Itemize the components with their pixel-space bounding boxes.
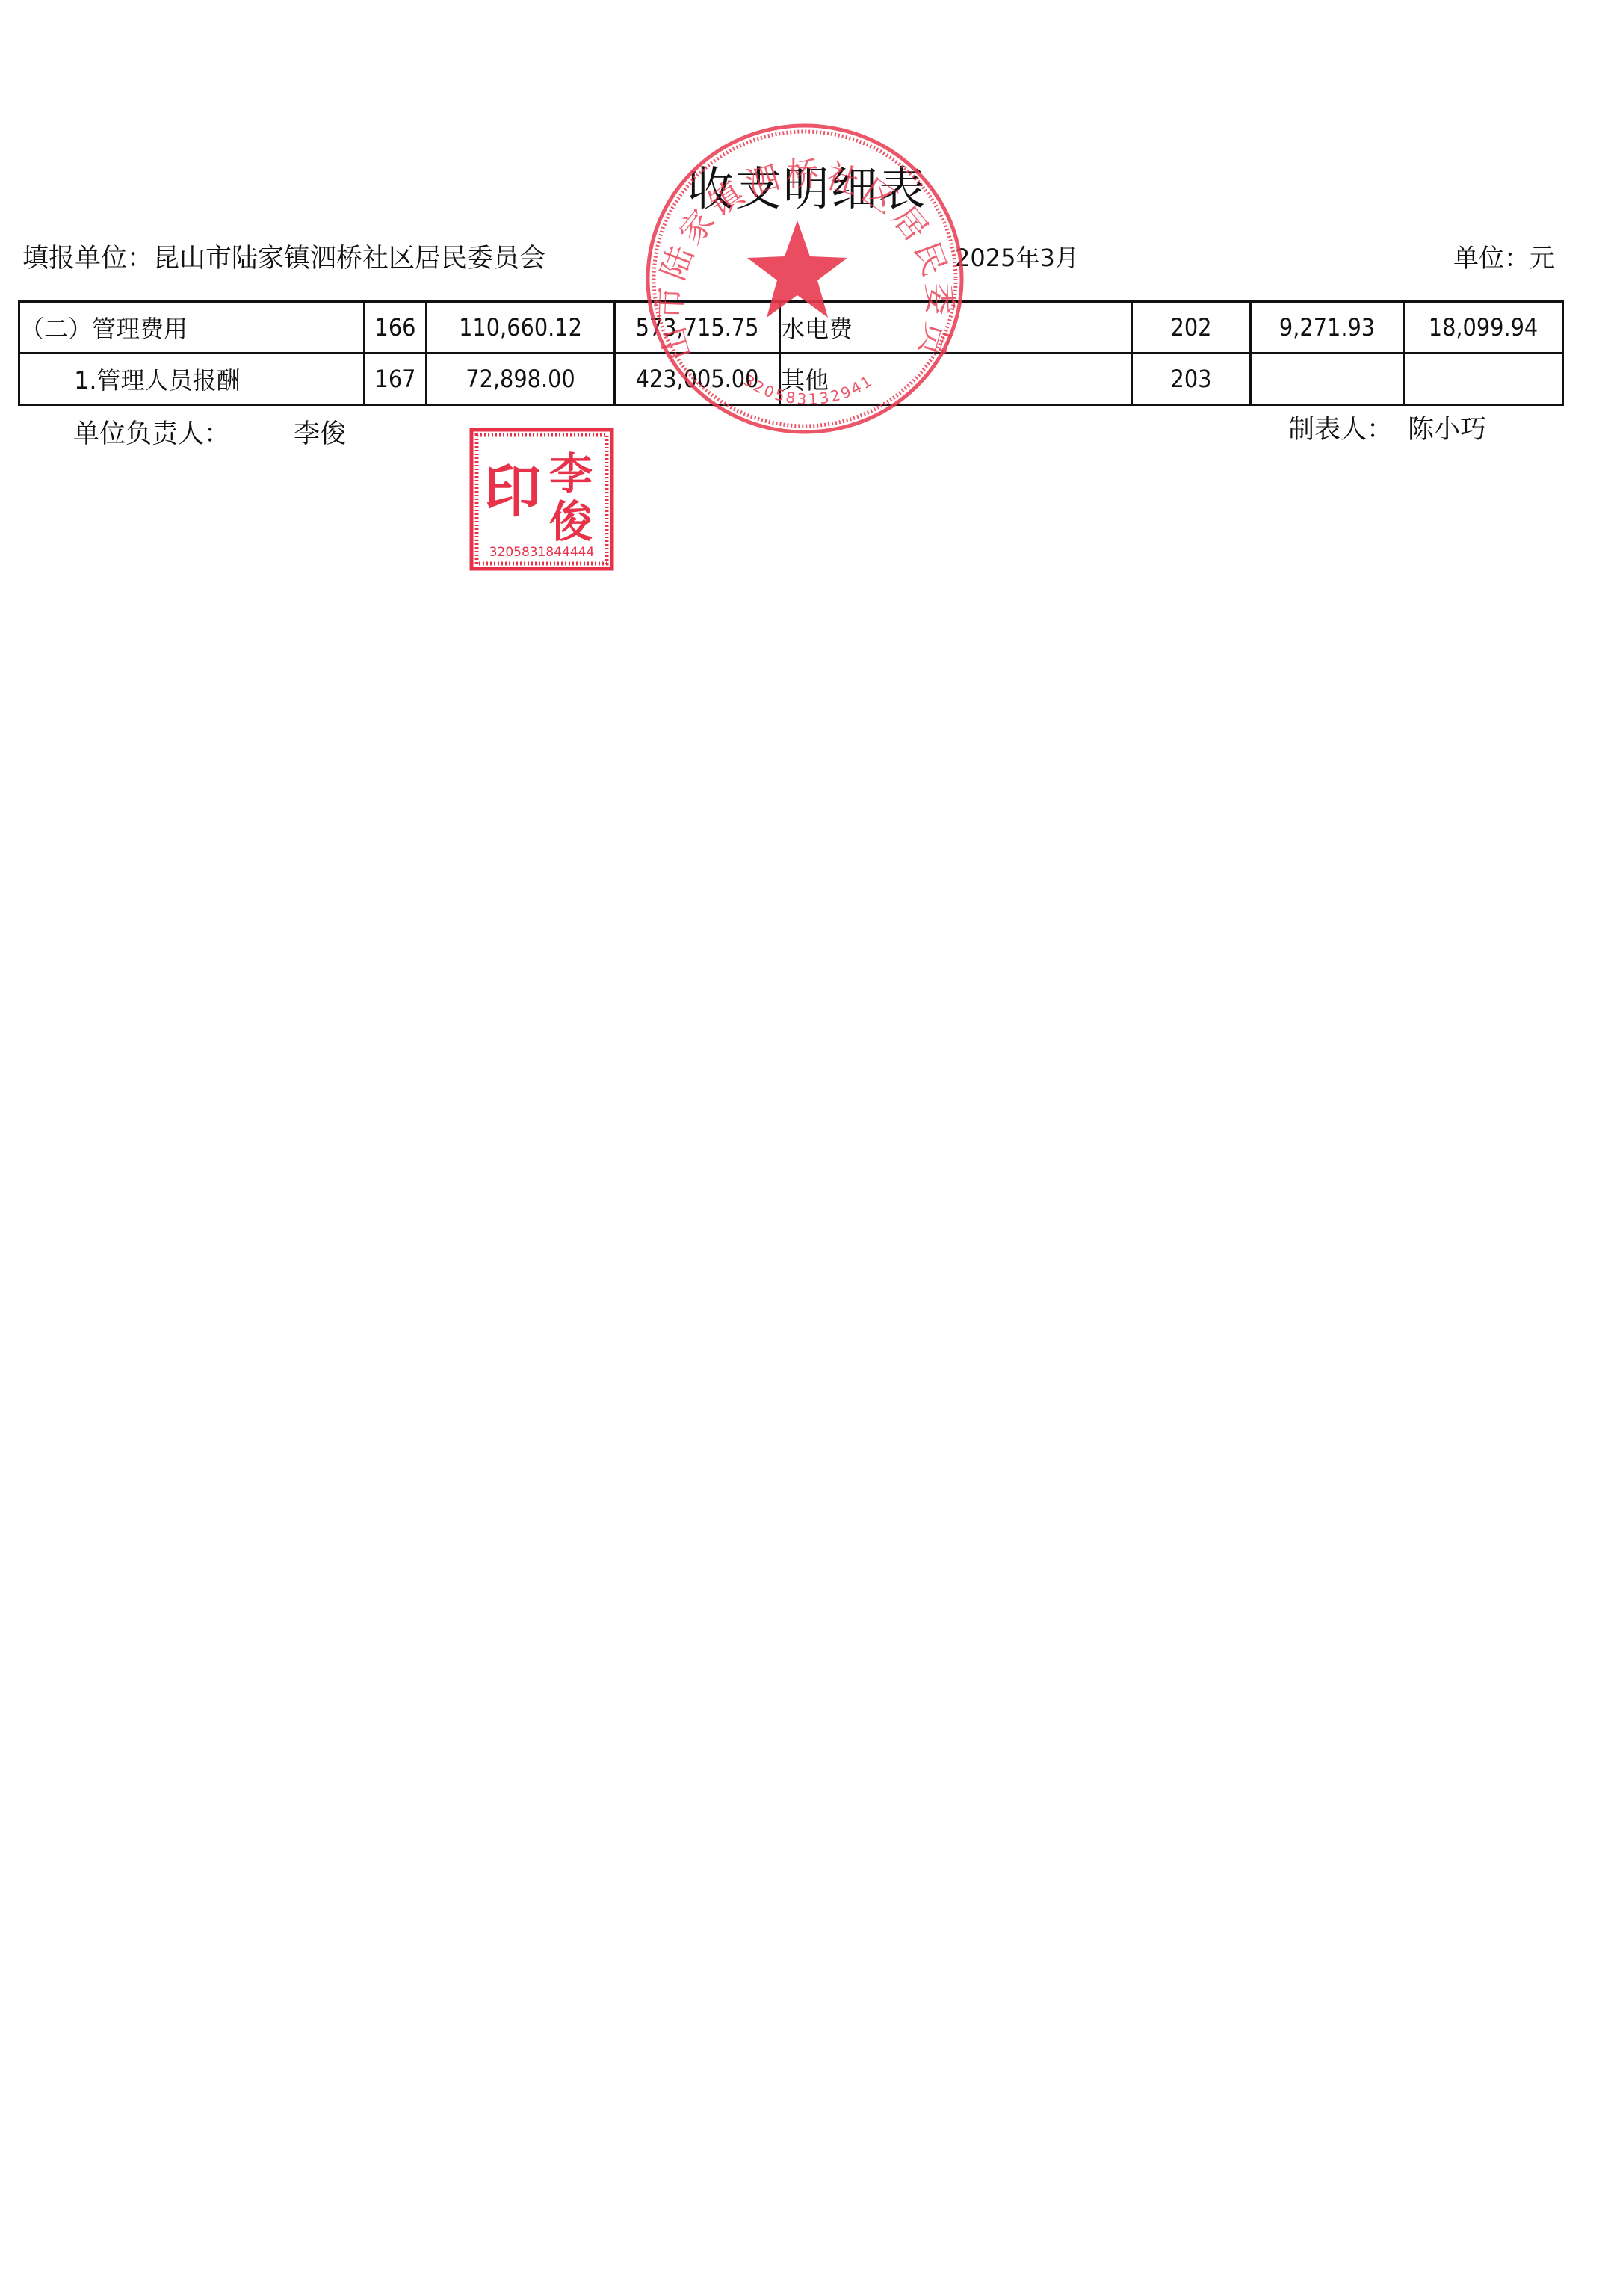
preparer-name: 陈小巧	[1408, 409, 1486, 446]
left-ytd-cell: 573,715.75	[615, 302, 780, 354]
filler-unit-label: 填报单位：	[22, 244, 153, 274]
table-row: 1.管理人员报酬 167 72,898.00 423,005.00 其他 203	[19, 354, 1563, 405]
right-line-cell: 203	[1132, 354, 1251, 405]
document-title: 收支明细表	[0, 152, 1614, 218]
right-month-cell	[1251, 354, 1404, 405]
left-month-cell: 72,898.00	[427, 354, 615, 405]
left-line-cell: 166	[365, 302, 427, 354]
left-item-cell: （二）管理费用	[19, 302, 365, 354]
right-item-cell: 其他	[780, 354, 1132, 405]
right-ytd-cell: 18,099.94	[1404, 302, 1563, 354]
table-row: （二）管理费用 166 110,660.12 573,715.75 水电费 20…	[19, 302, 1563, 354]
seal-char-li: 李	[549, 448, 593, 499]
personal-seal: 印 李 俊 3205831844444	[469, 428, 614, 571]
right-line-cell: 202	[1132, 302, 1251, 354]
left-item-cell: 1.管理人员报酬	[19, 354, 365, 405]
report-period: 2025年3月	[955, 239, 1079, 274]
left-month-cell: 110,660.12	[427, 302, 615, 354]
currency-unit-label: 单位：	[1453, 244, 1530, 274]
currency-unit: 单位：元	[1453, 238, 1555, 274]
left-line-cell: 167	[365, 354, 427, 405]
seal-code: 3205831844444	[489, 545, 595, 560]
right-ytd-cell	[1404, 354, 1563, 405]
seal-char-yin: 印	[484, 458, 541, 525]
seal-char-jun: 俊	[549, 496, 593, 547]
filler-unit: 填报单位：昆山市陆家镇泗桥社区居民委员会	[22, 238, 545, 275]
ledger-table: （二）管理费用 166 110,660.12 573,715.75 水电费 20…	[18, 300, 1564, 406]
currency-unit-value: 元	[1530, 244, 1555, 274]
preparer-label: 制表人：	[1288, 409, 1393, 446]
left-ytd-cell: 423,005.00	[615, 354, 780, 405]
right-item-cell: 水电费	[780, 302, 1132, 354]
right-month-cell: 9,271.93	[1251, 302, 1404, 354]
responsible-person-label: 单位负责人：	[73, 413, 230, 451]
responsible-person-name: 李俊	[294, 413, 346, 451]
filler-unit-value: 昆山市陆家镇泗桥社区居民委员会	[153, 244, 545, 274]
